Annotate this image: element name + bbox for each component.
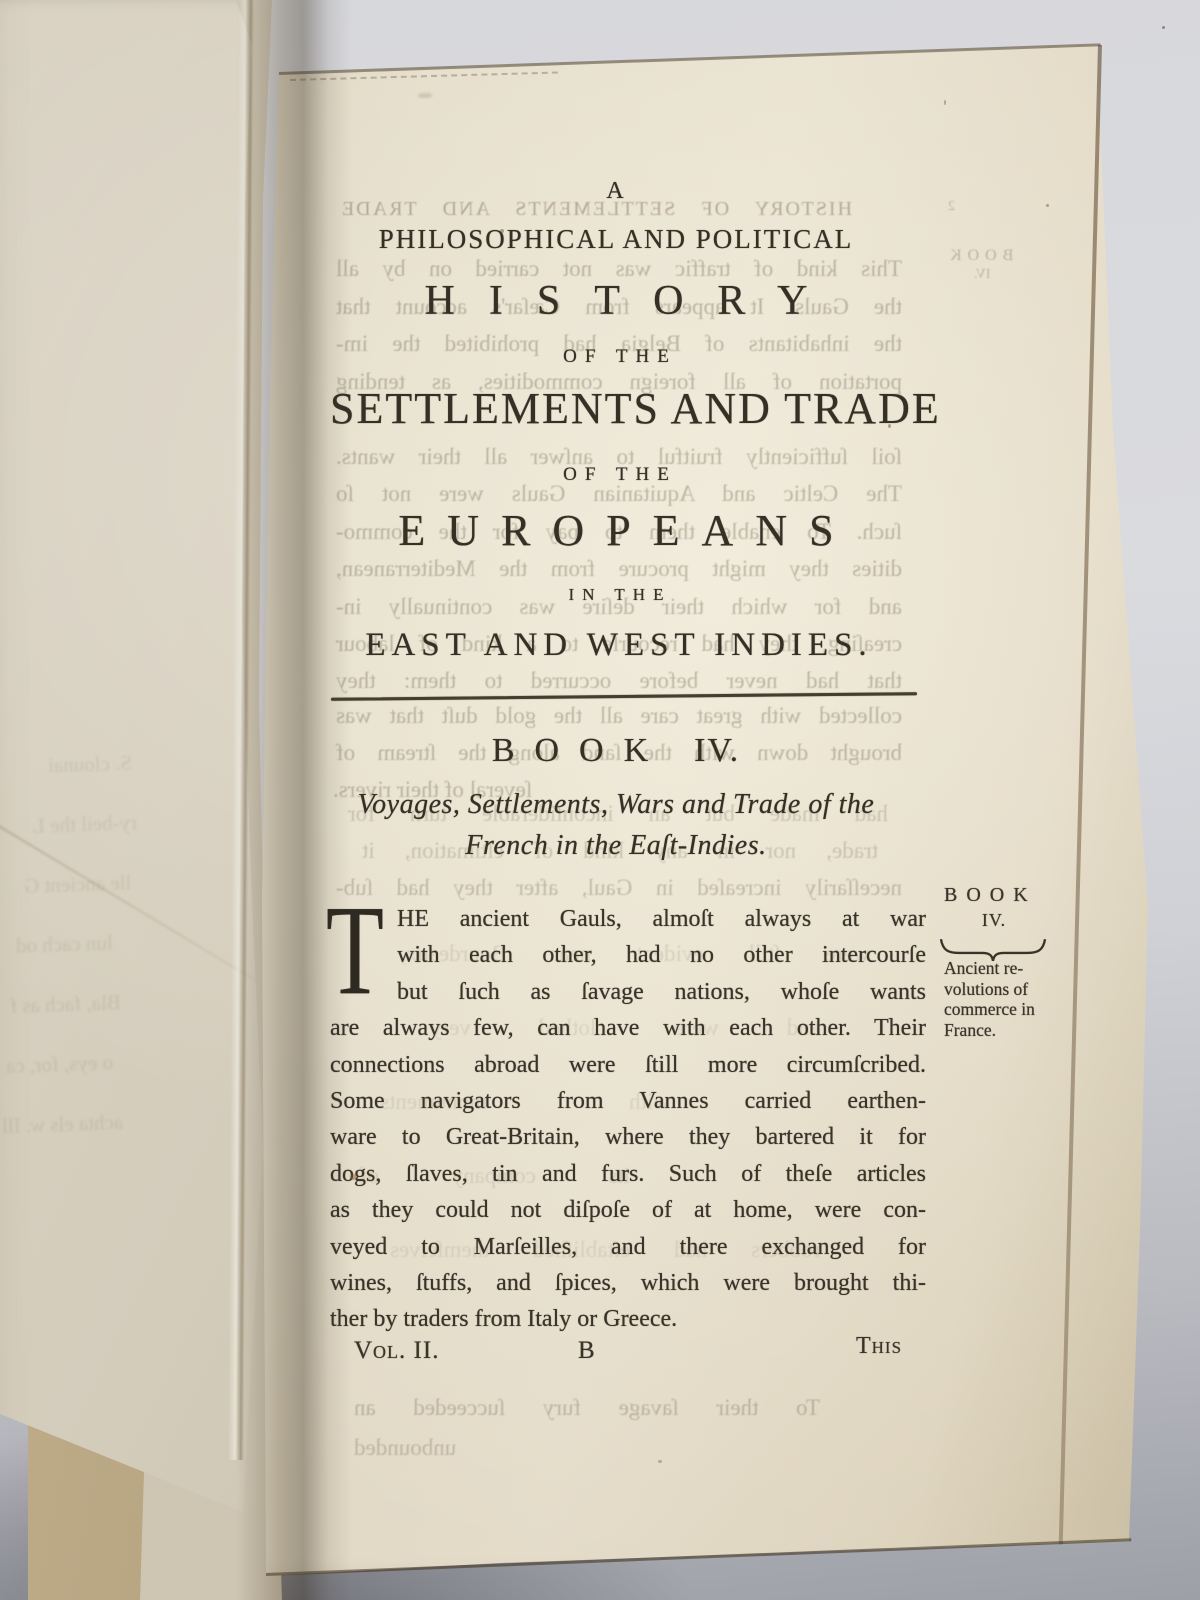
paragraph-line: Some navigators from Vannes carried eart… — [330, 1083, 926, 1119]
margin-note-number: IV. — [944, 910, 1044, 931]
book-heading-number: IV. — [694, 732, 740, 769]
foxing-spot — [500, 229, 504, 233]
paragraph: HE ancient Gauls, almoſt always at war w… — [330, 901, 926, 1338]
title-rule — [331, 692, 917, 701]
paragraph-line: dogs, ſlaves, tin and furs. Such of theſ… — [330, 1156, 926, 1192]
paragraph-line: ther by traders from Italy or Greece. — [330, 1301, 926, 1337]
foxing-spot — [1046, 204, 1049, 207]
half-title-line: OF THE — [330, 465, 902, 484]
half-title-line: SETTLEMENTS AND TRADE — [330, 387, 902, 431]
footer-volume: Vol. II. — [354, 1337, 439, 1365]
paragraph-line: HE ancient Gauls, almoſt always at war — [397, 901, 926, 937]
paragraph-line: connections abroad were ſtill more circu… — [330, 1047, 926, 1083]
book-heading-word: BOOK — [492, 732, 668, 769]
foxing-spot — [350, 1174, 357, 1180]
margin-note-line: commerce in — [944, 999, 1070, 1020]
chapter-subtitle-line: French in the Eaſt-Indies. — [330, 832, 902, 860]
margin-note-line: Ancient re- — [944, 958, 1070, 979]
foxing-spot — [888, 424, 891, 428]
printed-content: A PHILOSOPHICAL AND POLITICAL HISTORY OF… — [0, 0, 1200, 1600]
margin-note-text: Ancient re- volutions of commerce in Fra… — [944, 958, 1070, 1040]
paragraph-line: as they could not diſpoſe of at home, we… — [330, 1192, 926, 1228]
margin-note-book: BOOK — [944, 884, 1037, 907]
background-speck — [944, 100, 946, 105]
background-speck — [1162, 26, 1165, 29]
half-title-line: EAST AND WEST INDIES. — [330, 629, 902, 662]
margin-note-line: volutions of — [944, 979, 1070, 1000]
paragraph-line: but ſuch as ſavage nations, whoſe wants — [397, 974, 926, 1010]
margin-note-line: France. — [944, 1020, 1070, 1041]
half-title-line: A — [330, 179, 902, 203]
half-title-line: IN THE — [330, 586, 902, 603]
footer-catchword: This — [856, 1333, 902, 1360]
paragraph-line: wines, ſtuffs, and ſpices, which were br… — [330, 1265, 926, 1301]
footer-signature-mark: B — [578, 1337, 596, 1365]
book-heading: BOOKIV. — [330, 734, 902, 768]
paragraph-line: veyed to Marſeilles, and there exchanged… — [330, 1229, 926, 1265]
half-title-line: EUROPEANS — [330, 509, 902, 553]
chapter-subtitle-line: Voyages, Settlements, Wars and Trade of … — [330, 791, 902, 819]
book-photograph: S. clounai ry-beil the L lle ancient G l… — [0, 0, 1200, 1600]
half-title-line: HISTORY — [330, 280, 902, 322]
foxing-spot — [658, 1460, 662, 1463]
half-title-line: PHILOSOPHICAL AND POLITICAL — [330, 226, 902, 253]
smudge — [418, 93, 432, 98]
paragraph-line: are always few, can have with each other… — [330, 1010, 926, 1046]
half-title-line: OF THE — [330, 347, 902, 366]
paragraph-line: ware to Great-Britain, where they barter… — [330, 1119, 926, 1155]
paragraph-line: with each other, had no other intercourſ… — [397, 937, 926, 973]
